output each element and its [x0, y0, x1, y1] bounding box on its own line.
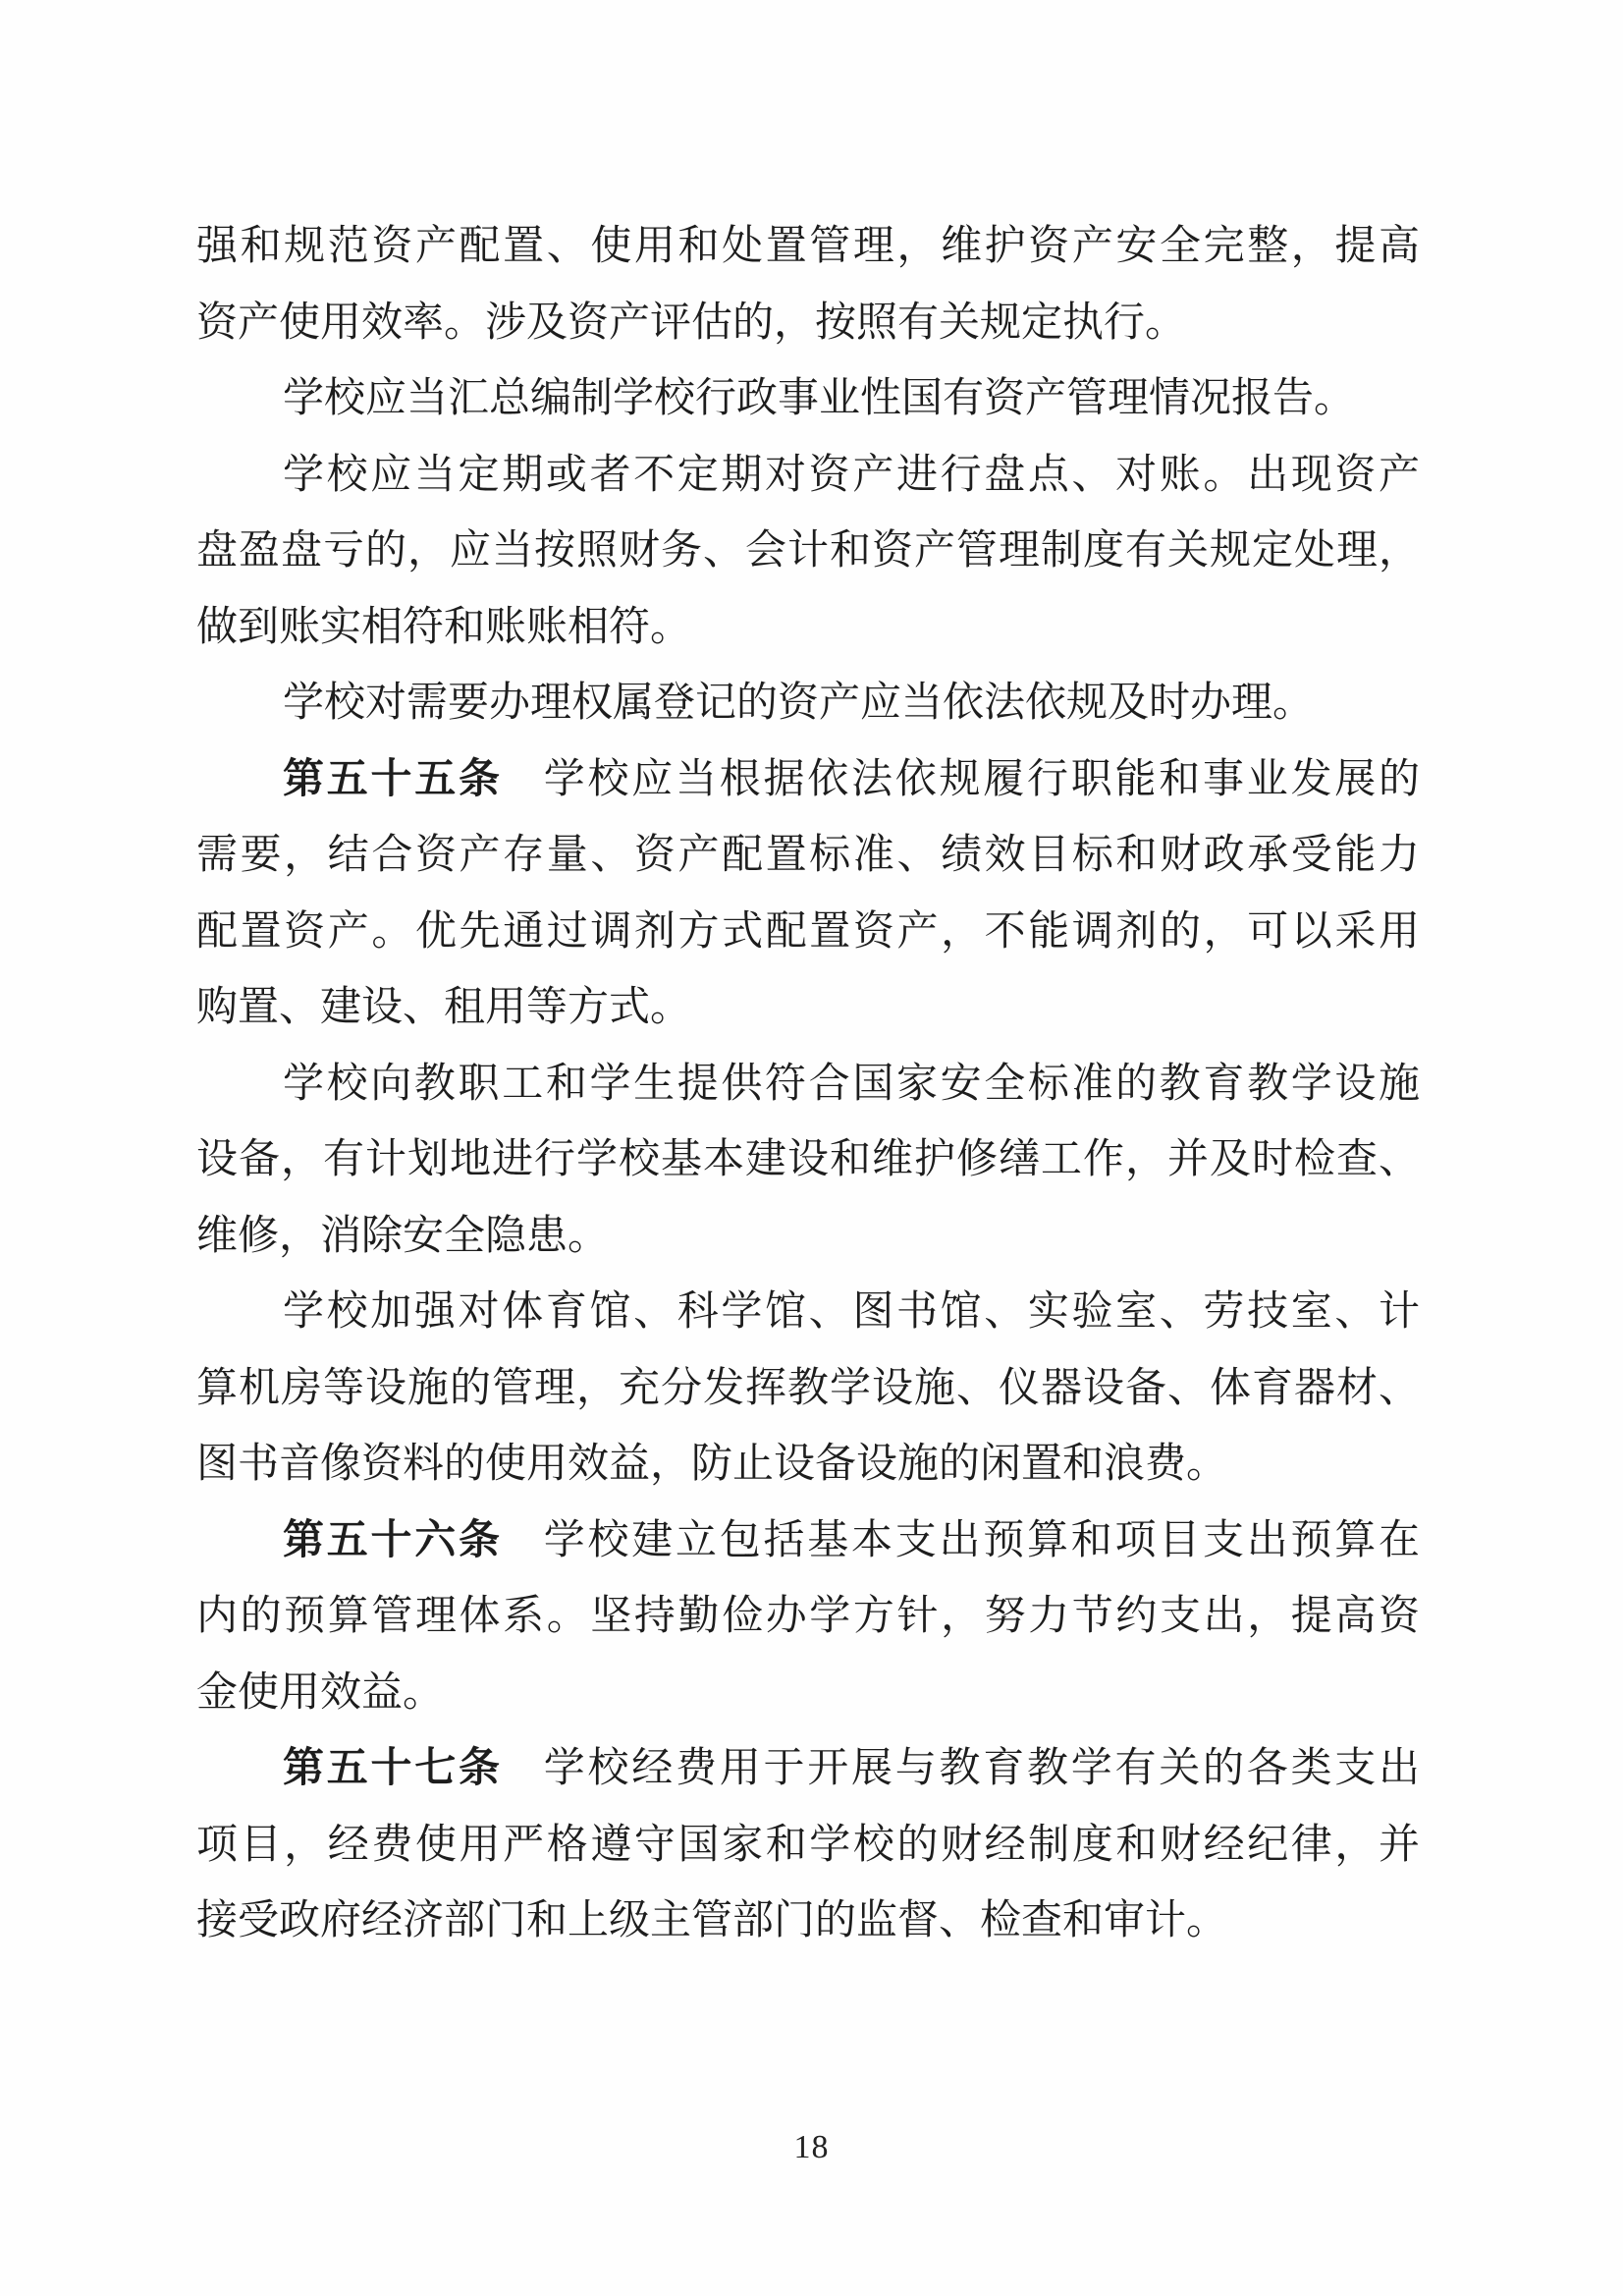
page-number: 18	[794, 2129, 830, 2165]
text-line: 做到账实相符和账账相符。	[196, 590, 1420, 667]
text-line: 接受政府经济部门和上级主管部门的监督、检查和审计。	[196, 1884, 1420, 1960]
article-56-number: 第五十六条	[283, 1518, 503, 1563]
text-line: 需要，结合资产存量、资产配置标准、绩效目标和财政承受能力	[196, 818, 1420, 895]
article-55-number: 第五十五条	[283, 757, 503, 802]
text-line: 设备，有计划地进行学校基本建设和维护修缮工作，并及时检查、	[196, 1122, 1420, 1199]
text-line: 内的预算管理体系。坚持勤俭办学方针，努力节约支出，提高资	[196, 1579, 1420, 1656]
text-line: 购置、建设、租用等方式。	[196, 970, 1420, 1047]
document-page: 强和规范资产配置、使用和处置管理，维护资产安全完整，提高 资产使用效率。涉及资产…	[0, 0, 1623, 2296]
text-line: 资产使用效率。涉及资产评估的，按照有关规定执行。	[196, 286, 1420, 362]
text-line: 强和规范资产配置、使用和处置管理，维护资产安全完整，提高	[196, 209, 1420, 286]
text-line: 学校对需要办理权属登记的资产应当依法依规及时办理。	[196, 666, 1420, 742]
text-line: 学校经费用于开展与教育教学有关的各类支出	[544, 1746, 1420, 1791]
article-57-number: 第五十七条	[283, 1746, 503, 1791]
text-line: 学校应当定期或者不定期对资产进行盘点、对账。出现资产	[196, 438, 1420, 515]
text-line: 学校建立包括基本支出预算和项目支出预算在	[544, 1518, 1420, 1563]
text-line: 金使用效益。	[196, 1656, 1420, 1732]
article-56-heading-line: 第五十六条学校建立包括基本支出预算和项目支出预算在	[196, 1503, 1420, 1580]
text-line: 盘盈盘亏的，应当按照财务、会计和资产管理制度有关规定处理，	[196, 514, 1420, 590]
article-55-heading-line: 第五十五条学校应当根据依法依规履行职能和事业发展的	[196, 742, 1420, 819]
text-line: 配置资产。优先通过调剂方式配置资产，不能调剂的，可以采用	[196, 895, 1420, 971]
text-line: 学校应当汇总编制学校行政事业性国有资产管理情况报告。	[196, 361, 1420, 438]
text-line: 算机房等设施的管理，充分发挥教学设施、仪器设备、体育器材、	[196, 1351, 1420, 1428]
text-line: 学校应当根据依法依规履行职能和事业发展的	[544, 757, 1420, 802]
text-line: 学校加强对体育馆、科学馆、图书馆、实验室、劳技室、计	[196, 1275, 1420, 1351]
text-line: 学校向教职工和学生提供符合国家安全标准的教育教学设施	[196, 1047, 1420, 1123]
text-line: 项目，经费使用严格遵守国家和学校的财经制度和财经纪律，并	[196, 1808, 1420, 1885]
text-line: 维修，消除安全隐患。	[196, 1199, 1420, 1276]
page-footer: 18	[0, 2129, 1623, 2166]
document-body: 强和规范资产配置、使用和处置管理，维护资产安全完整，提高 资产使用效率。涉及资产…	[196, 209, 1420, 1960]
text-line: 图书音像资料的使用效益，防止设备设施的闲置和浪费。	[196, 1427, 1420, 1503]
article-57-heading-line: 第五十七条学校经费用于开展与教育教学有关的各类支出	[196, 1731, 1420, 1808]
